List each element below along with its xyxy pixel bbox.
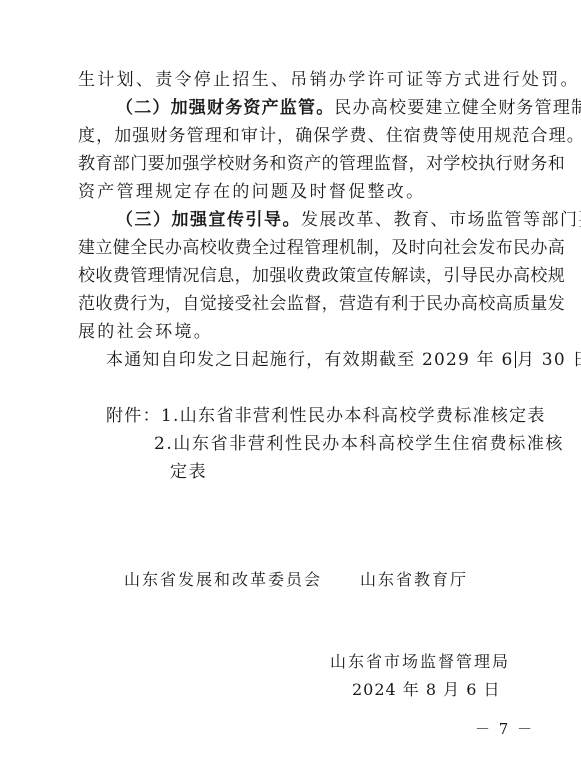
date-text: 2024 年 8 月 6 日 [352,680,501,699]
paragraph-penalty-line: 生计划、责令停止招生、吊销办学许可证等方式进行处罚。 [78,70,508,90]
section-2-line: 资产管理规定存在的问题及时督促整改。 [78,182,508,202]
issue-date: 2024 年 8 月 6 日 [352,680,501,700]
attachment-title-continued: 定表 [170,462,207,482]
section-3-first-line: （三）加强宣传引导。发展改革、教育、市场监管等部门要 [116,210,508,230]
signatory-name: 山东省教育厅 [360,570,468,589]
section-3-line: 建立健全民办高校收费全过程管理机制，及时向社会发布民办高 [78,238,508,258]
text-before-cursor: 本通知自印发之日起施行，有效期截至 2029 年 6 [106,350,514,370]
text-line: 教育部门要加强学校财务和资产的管理监督，对学校执行财务和 [78,154,565,174]
text-line: 民办高校要建立健全财务管理制 [334,98,581,118]
document-page: 生计划、责令停止招生、吊销办学许可证等方式进行处罚。 （二）加强财务资产监管。民… [0,0,581,780]
text-line: 发展改革、教育、市场监管等部门要 [301,210,581,230]
effective-date-line[interactable]: 本通知自印发之日起施行，有效期截至 2029 年 6月 30 日。 [106,350,526,370]
page-number-text: － 7 － [475,720,534,738]
signatory-name: 山东省发展和改革委员会 [124,570,322,589]
section-3-line: 校收费管理情况信息，加强收费政策宣传解读，引导民办高校规 [78,266,508,286]
signatory-market-regulation: 山东省市场监督管理局 [330,652,510,672]
attachment-title: 山东省非营利性民办本科高校学费标准核定表 [180,406,546,426]
text-line: 度，加强财务管理和审计，确保学费、住宿费等使用规范合理。 [78,126,581,146]
section-2-line: 教育部门要加强学校财务和资产的管理监督，对学校执行财务和 [78,154,508,174]
text-after-cursor: 月 30 日。 [517,350,581,370]
text-line: 建立健全民办高校收费全过程管理机制，及时向社会发布民办高 [78,238,565,258]
signatory-education: 山东省教育厅 [360,570,468,590]
text-line: 校收费管理情况信息，加强收费政策宣传解读，引导民办高校规 [78,266,565,286]
attachment-number: 1. [161,406,180,426]
attachment-number: 2. [154,434,173,454]
attachment-title: 山东省非营利性民办本科高校学生住宿费标准核 [173,434,564,454]
section-3-heading: （三）加强宣传引导。 [116,210,301,230]
text-line: 资产管理规定存在的问题及时督促整改。 [78,182,425,202]
text-cursor [515,351,517,368]
page-number: － 7 － [475,720,534,738]
text-line: 展的社会环境。 [78,322,213,342]
attachments-label: 附件： [106,406,161,426]
text-line: 生计划、责令停止招生、吊销办学许可证等方式进行处罚。 [78,70,580,90]
section-3-line: 范收费行为，自觉接受社会监督，营造有利于民办高校高质量发 [78,294,508,314]
text-line: 范收费行为，自觉接受社会监督，营造有利于民办高校高质量发 [78,294,565,314]
attachment-item-2-continued: 定表 [170,462,270,482]
section-3-line: 展的社会环境。 [78,322,508,342]
section-2-line: 度，加强财务管理和审计，确保学费、住宿费等使用规范合理。 [78,126,508,146]
section-2-first-line: （二）加强财务资产监管。民办高校要建立健全财务管理制 [116,98,508,118]
signatory-ndrc: 山东省发展和改革委员会 [124,570,322,590]
attachment-item-2: 2.山东省非营利性民办本科高校学生住宿费标准核 [154,434,534,454]
section-2-heading: （二）加强财务资产监管。 [116,98,334,118]
signatory-name: 山东省市场监督管理局 [330,652,510,671]
attachment-item-1: 附件：1.山东省非营利性民办本科高校学费标准核定表 [106,406,526,426]
